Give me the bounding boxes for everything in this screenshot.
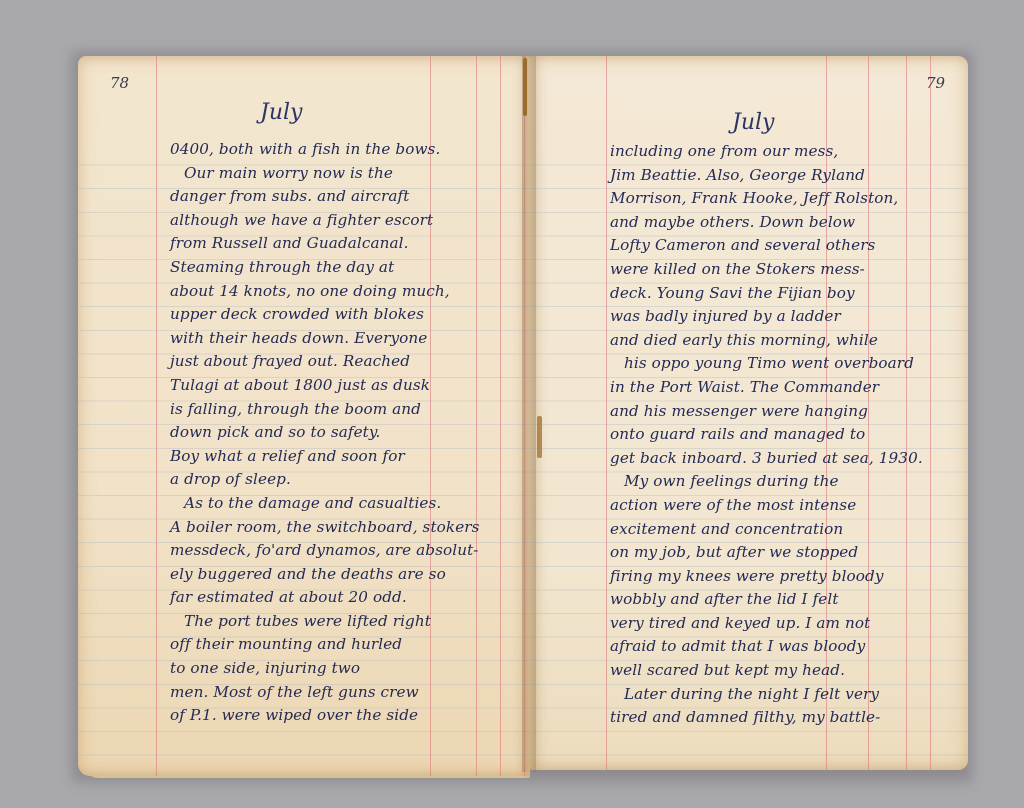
- text-line: Later during the night I felt very: [610, 683, 923, 707]
- text-line: a drop of sleep.: [170, 468, 480, 492]
- text-line: 0400, both with a fish in the bows.: [170, 138, 480, 162]
- text-line: and died early this morning, while: [610, 329, 923, 353]
- column-line: [500, 56, 501, 776]
- text-line: firing my knees were pretty bloody: [610, 565, 923, 589]
- handwritten-lines: including one from our mess, Jim Beattie…: [610, 140, 923, 730]
- text-line: tired and damned filthy, my battle-: [610, 706, 923, 730]
- text-line: although we have a fighter escort: [170, 209, 480, 233]
- text-line: down pick and so to safety.: [170, 421, 480, 445]
- text-line: very tired and keyed up. I am not: [610, 612, 923, 636]
- text-line: with their heads down. Everyone: [170, 327, 480, 351]
- text-line: of P.1. were wiped over the side: [170, 704, 480, 728]
- gutter-tear-stain: [537, 416, 542, 458]
- text-line: and his messenger were hanging: [610, 400, 923, 424]
- text-line: his oppo young Timo went overboard: [610, 352, 923, 376]
- text-line: were killed on the Stokers mess-: [610, 258, 923, 282]
- text-line: A boiler room, the switchboard, stokers: [170, 516, 480, 540]
- text-line: far estimated at about 20 odd.: [170, 586, 480, 610]
- text-line: Our main worry now is the: [170, 162, 480, 186]
- month-heading: July: [260, 100, 302, 125]
- text-line: deck. Young Savi the Fijian boy: [610, 282, 923, 306]
- text-line: Steaming through the day at: [170, 256, 480, 280]
- page-number: 78: [110, 74, 129, 92]
- text-line: action were of the most intense: [610, 494, 923, 518]
- column-line: [930, 56, 931, 770]
- text-line: to one side, injuring two: [170, 657, 480, 681]
- text-line: from Russell and Guadalcanal.: [170, 232, 480, 256]
- text-line: get back inboard. 3 buried at sea, 1930.: [610, 447, 923, 471]
- text-line: in the Port Waist. The Commander: [610, 376, 923, 400]
- text-line: Boy what a relief and soon for: [170, 445, 480, 469]
- text-line: including one from our mess,: [610, 140, 923, 164]
- handwritten-lines: 0400, both with a fish in the bows. Our …: [170, 138, 480, 728]
- text-line: The port tubes were lifted right: [170, 610, 480, 634]
- margin-line: [606, 56, 607, 770]
- text-line: upper deck crowded with blokes: [170, 303, 480, 327]
- text-line: Morrison, Frank Hooke, Jeff Rolston,: [610, 187, 923, 211]
- text-line: My own feelings during the: [610, 470, 923, 494]
- text-line: on my job, but after we stopped: [610, 541, 923, 565]
- text-line: danger from subs. and aircraft: [170, 185, 480, 209]
- month-heading: July: [732, 110, 774, 135]
- text-line: just about frayed out. Reached: [170, 350, 480, 374]
- page-number: 79: [926, 74, 945, 92]
- text-line: was badly injured by a ladder: [610, 305, 923, 329]
- margin-line: [156, 56, 157, 776]
- left-page: 78 July 0400, both with a fish in the bo…: [78, 56, 530, 776]
- text-line: Tulagi at about 1800 just as dusk: [170, 374, 480, 398]
- right-page: 79 July including one from our mess, Jim…: [530, 56, 968, 770]
- text-line: onto guard rails and managed to: [610, 423, 923, 447]
- text-line: messdeck, fo'ard dynamos, are absolut-: [170, 539, 480, 563]
- text-line: Jim Beattie. Also, George Ryland: [610, 164, 923, 188]
- text-line: is falling, through the boom and: [170, 398, 480, 422]
- text-line: ely buggered and the deaths are so: [170, 563, 480, 587]
- text-line: excitement and concentration: [610, 518, 923, 542]
- text-line: As to the damage and casualties.: [170, 492, 480, 516]
- text-line: and maybe others. Down below: [610, 211, 923, 235]
- book-gutter: [522, 56, 536, 772]
- text-line: men. Most of the left guns crew: [170, 681, 480, 705]
- text-line: off their mounting and hurled: [170, 633, 480, 657]
- text-line: Lofty Cameron and several others: [610, 234, 923, 258]
- text-line: well scared but kept my head.: [610, 659, 923, 683]
- text-line: afraid to admit that I was bloody: [610, 635, 923, 659]
- text-line: about 14 knots, no one doing much,: [170, 280, 480, 304]
- gutter-tear-stain: [523, 58, 527, 116]
- text-line: wobbly and after the lid I felt: [610, 588, 923, 612]
